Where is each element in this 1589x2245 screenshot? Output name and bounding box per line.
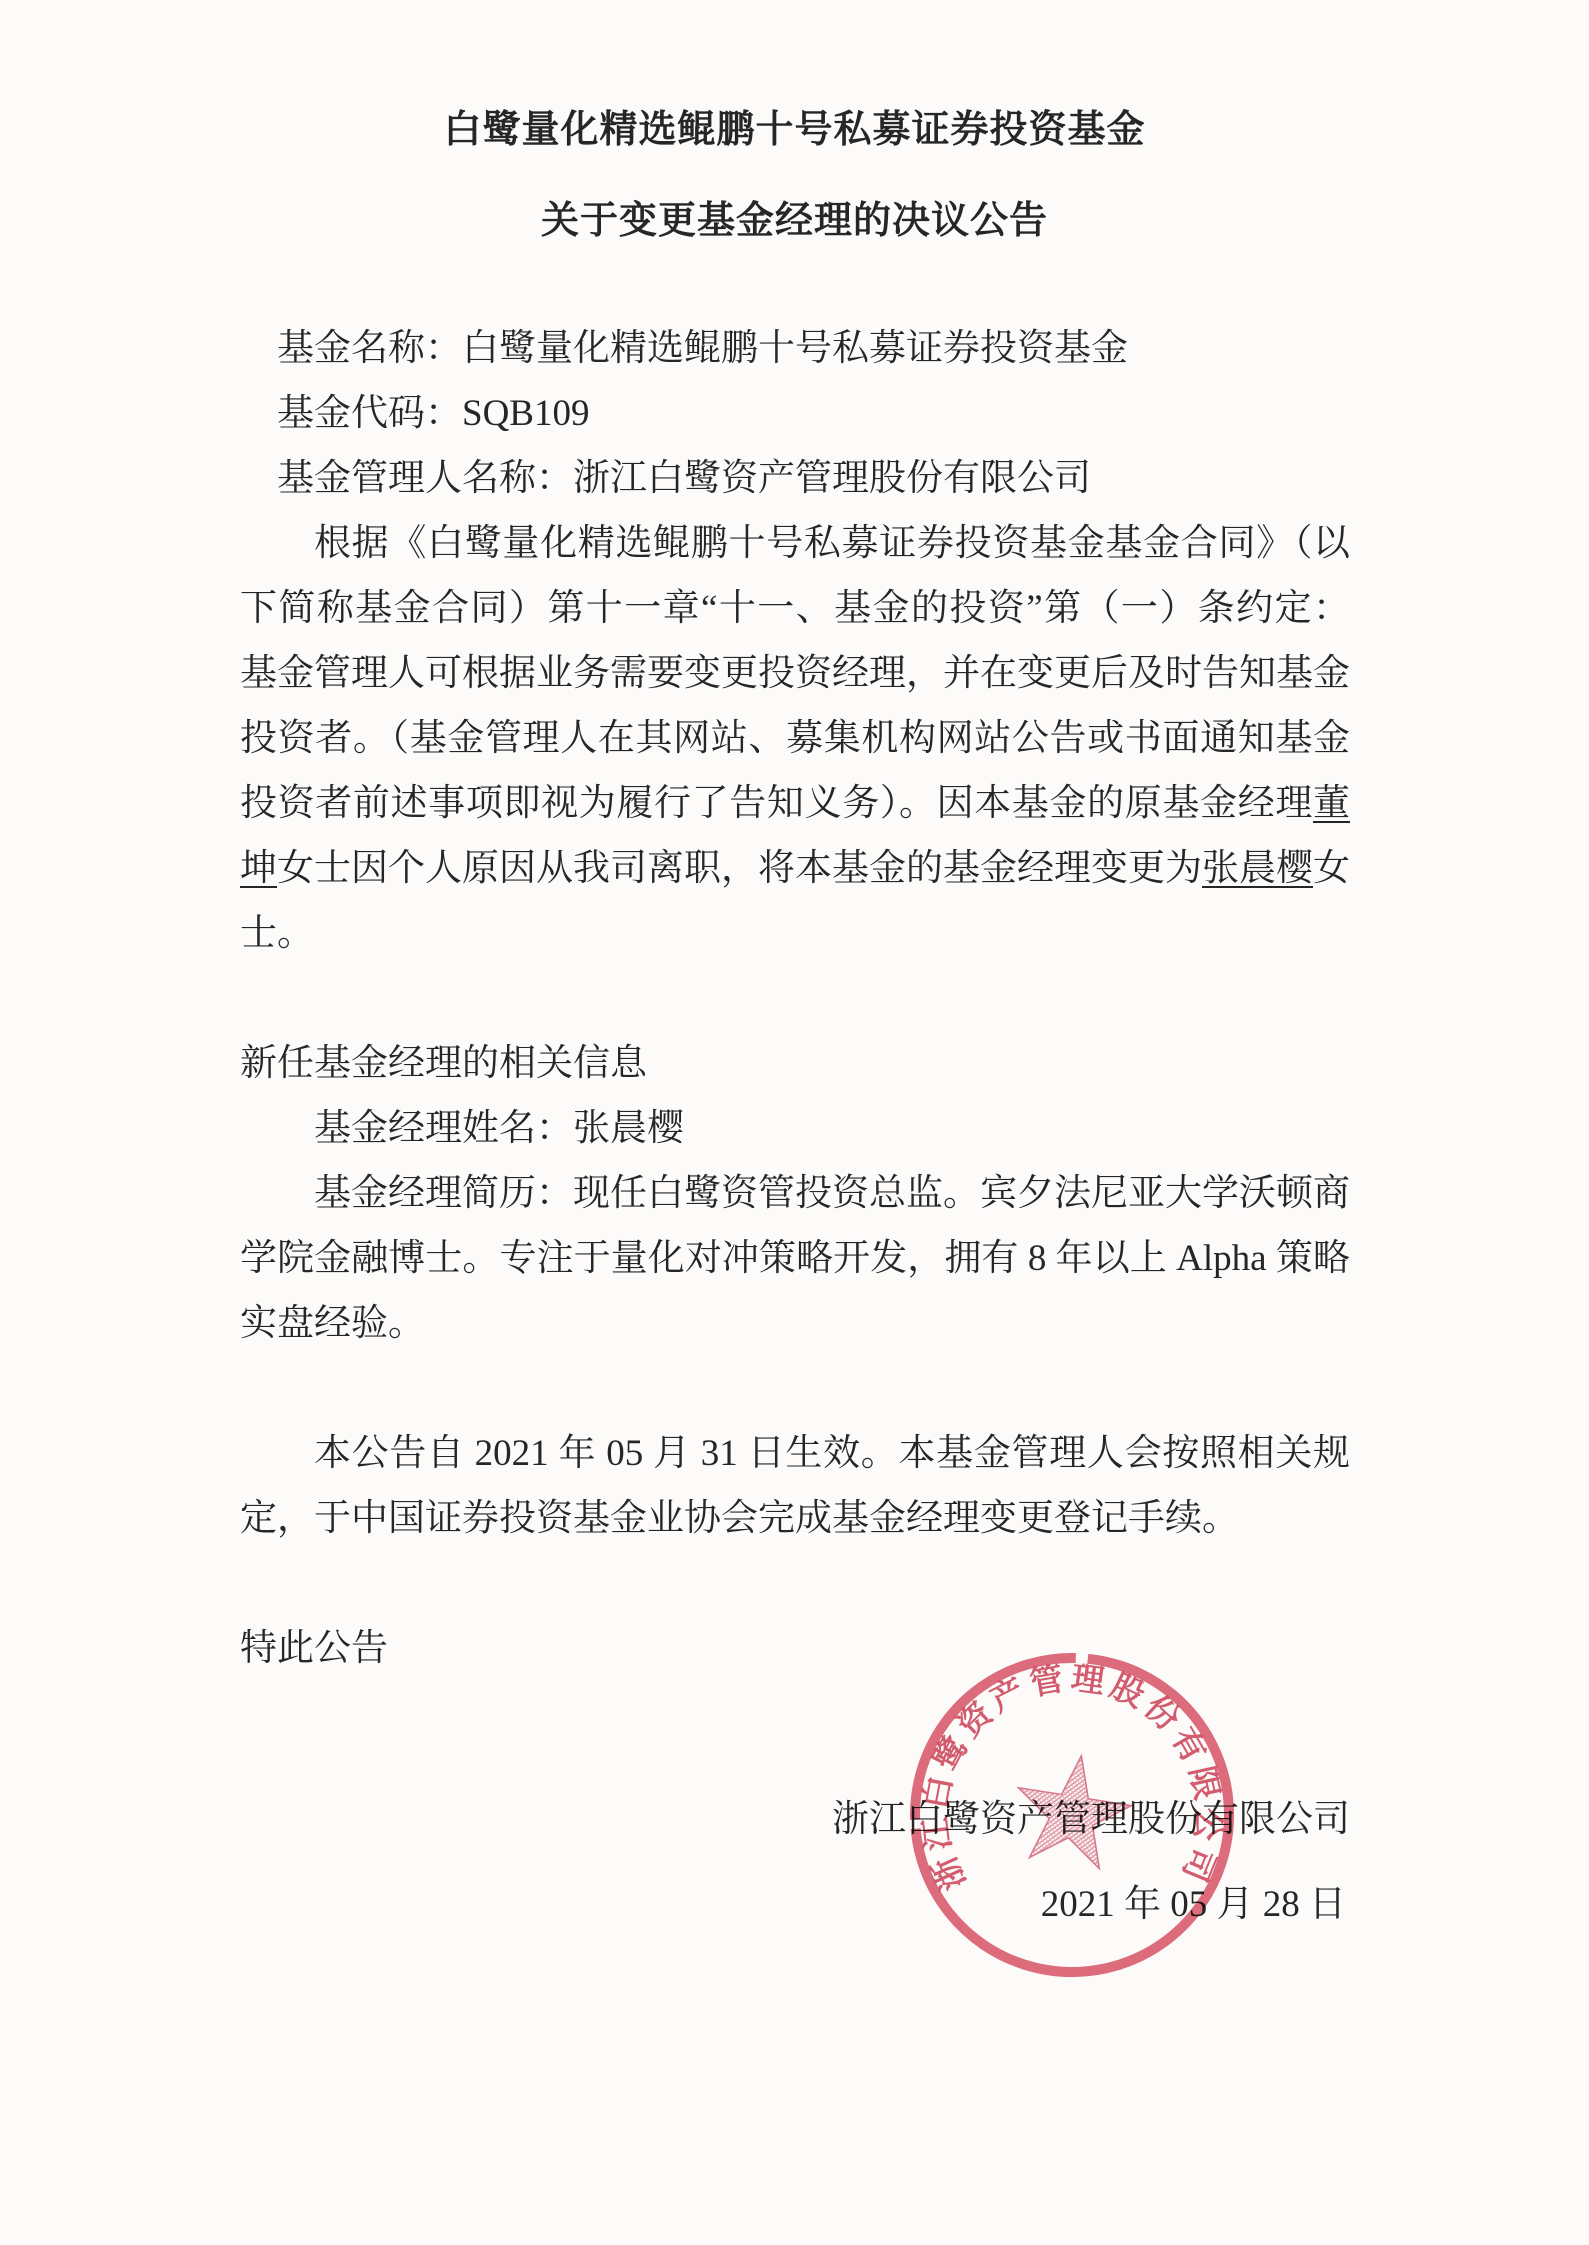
document-title-line1: 白鹭量化精选鲲鹏十号私募证券投资基金 [0, 98, 1589, 163]
document-line: 基金代码：SQB109 [240, 381, 1350, 446]
company-seal-stamp: 浙江白鹭资产管理股份有限公司 [905, 1648, 1239, 1982]
document-line: 新任基金经理的相关信息 [240, 1031, 1350, 1096]
document-line: 学院金融博士。专注于量化对冲策略开发，拥有 8 年以上 Alpha 策略 [240, 1226, 1350, 1291]
document-line: 士。 [240, 901, 1350, 966]
document-line: 基金管理人可根据业务需要变更投资经理，并在变更后及时告知基金 [240, 641, 1350, 706]
document-line: 坤女士因个人原因从我司离职，将本基金的基金经理变更为张晨樱女 [240, 836, 1350, 901]
document-body: 基金名称：白鹭量化精选鲲鹏十号私募证券投资基金基金代码：SQB109基金管理人名… [240, 316, 1350, 1616]
document-line: 下简称基金合同）第十一章“十一、基金的投资”第（一）条约定： [240, 576, 1350, 641]
document-line: 基金经理简历：现任白鹭资管投资总监。宾夕法尼亚大学沃顿商 [240, 1161, 1350, 1226]
document-line: 基金管理人名称：浙江白鹭资产管理股份有限公司 [240, 446, 1350, 511]
document-line: 基金名称：白鹭量化精选鲲鹏十号私募证券投资基金 [240, 316, 1350, 381]
document-line: 基金经理姓名：张晨樱 [240, 1096, 1350, 1161]
document-line: 根据《白鹭量化精选鲲鹏十号私募证券投资基金基金合同》（以 [240, 511, 1350, 576]
document-line: 实盘经验。 [240, 1291, 1350, 1356]
blank-line [240, 966, 1350, 1031]
blank-line [240, 1551, 1350, 1616]
announcement-page: 白鹭量化精选鲲鹏十号私募证券投资基金 关于变更基金经理的决议公告 基金名称：白鹭… [0, 0, 1589, 2245]
document-line: 本公告自 2021 年 05 月 31 日生效。本基金管理人会按照相关规 [240, 1421, 1350, 1486]
star-icon [1008, 1747, 1138, 1872]
blank-line [240, 1356, 1350, 1421]
document-line: 投资者。（基金管理人在其网站、募集机构网站公告或书面通知基金 [240, 706, 1350, 771]
document-line: 定，于中国证券投资基金业协会完成基金经理变更登记手续。 [240, 1486, 1350, 1551]
document-title-line2: 关于变更基金经理的决议公告 [0, 189, 1589, 254]
document-line: 投资者前述事项即视为履行了告知义务）。因本基金的原基金经理董 [240, 771, 1350, 836]
